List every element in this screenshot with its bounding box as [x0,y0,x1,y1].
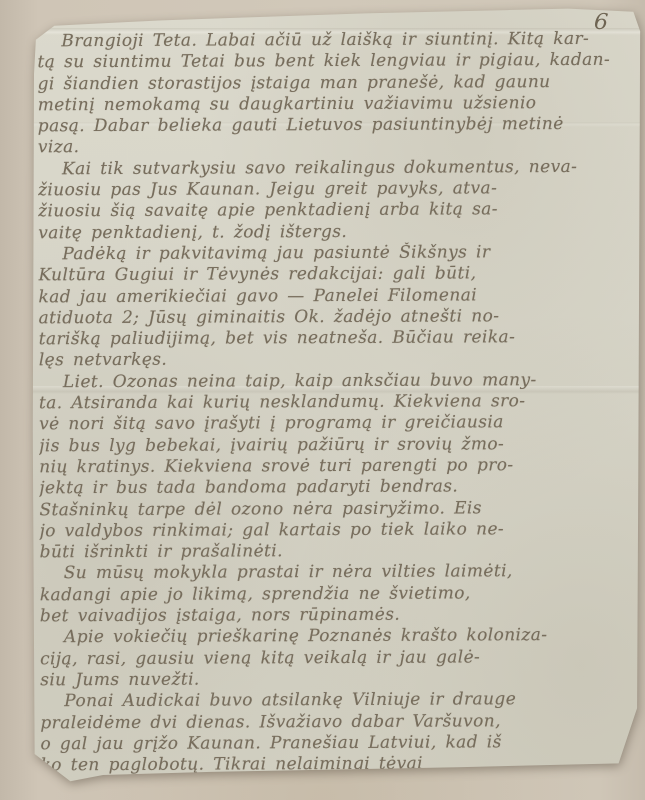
letter-line: siu Jums nuvežti. [40,668,632,692]
letter-line: praleidėme dvi dienas. Išvažiavo dabar V… [40,710,632,734]
letter-line: jis bus lyg bebekai, įvairių pažiūrų ir … [39,433,631,457]
letter-line: Brangioji Teta. Labai ačiū už laišką ir … [37,29,629,53]
letter-line: nių kratinys. Kiekviena srovė turi paren… [39,455,631,479]
letter-page-wrapper: 6 Brangioji Teta. Labai ačiū už laišką i… [26,4,642,782]
letter-line: vė nori šitą savo įrašyti į programą ir … [39,412,631,436]
letter-line: bet vaivadijos įstaiga, nors rūpinamės. [40,604,632,628]
letter-paragraph: Ponai Audickai buvo atsilankę Vilniuje i… [40,689,632,777]
scan-background: { "letter": { "page_number": "6", "ink_c… [0,0,645,800]
letter-line: žiuosiu pas Jus Kaunan. Jeigu greit pavy… [38,178,630,202]
letter-line: metinį nemokamą su daugkartiniu važiavim… [38,93,630,117]
letter-line: viza. [38,135,630,159]
letter-line: tarišką paliudijimą, bet vis neatneša. B… [39,327,631,351]
letter-page: 6 Brangioji Teta. Labai ačiū už laišką i… [26,4,642,782]
letter-line: Ponai Audickai buvo atsilankę Vilniuje i… [40,689,632,713]
letter-paragraph: Liet. Ozonas neina taip, kaip anksčiau b… [39,369,632,563]
letter-paragraph: Su mūsų mokykla prastai ir nėra vilties … [40,561,632,627]
letter-line: kadangi apie jo likimą, sprendžia ne švi… [40,582,632,606]
letter-line: Stašninkų tarpe dėl ozono nėra pasiryžim… [39,497,631,521]
letter-line: Kai tik sutvarkysiu savo reikalingus dok… [38,156,630,180]
letter-line: ciją, rasi, gausiu vieną kitą veikalą ir… [40,646,632,670]
letter-line: jektą ir bus tada bandoma padaryti bendr… [39,476,631,500]
letter-line: Padėką ir pakvitavimą jau pasiuntė Šikšn… [38,242,630,266]
letter-line: vaitę penktadienį, t. žodį ištergs. [38,220,630,244]
letter-line: žiuosiu šią savaitę apie penktadienį arb… [38,199,630,223]
letter-line: lęs netvarkęs. [39,348,631,372]
letter-line: Liet. Ozonas neina taip, kaip anksčiau b… [39,369,631,393]
letter-line: gi šiandien storastijos įstaiga man pran… [38,71,630,95]
letter-line: tą su siuntimu Tetai bus bent kiek lengv… [37,50,629,74]
letter-line: Su mūsų mokykla prastai ir nėra vilties … [40,561,632,585]
letter-line: būti išrinkti ir prašalinėti. [40,540,632,564]
letter-line: Kultūra Gugiui ir Tėvynės redakcijai: ga… [38,263,630,287]
letter-line: jo valdybos rinkimai; gal kartais po tie… [39,519,631,543]
letter-line: kad jau amerikiečiai gavo — Panelei Filo… [38,284,630,308]
letter-line: pasą. Dabar belieka gauti Lietuvos pasiu… [38,114,630,138]
letter-paragraph: Kai tik sutvarkysiu savo reikalingus dok… [38,156,630,244]
letter-line: o gal jau grįžo Kaunan. Pranešiau Latviu… [40,732,632,756]
letter-paragraph: Brangioji Teta. Labai ačiū už laišką ir … [37,29,630,159]
letter-paragraph: Apie vokiečių prieškarinę Poznanės krašt… [40,625,632,691]
letter-paragraph: Padėką ir pakvitavimą jau pasiuntė Šikšn… [38,242,631,372]
letter-line: ko ten paglobotų. Tikrai nelaimingi tėva… [41,753,633,777]
letter-line: Apie vokiečių prieškarinę Poznanės krašt… [40,625,632,649]
letter-line: atiduota 2; Jūsų giminaitis Ok. žadėjo a… [39,306,631,330]
letter-body: Brangioji Teta. Labai ačiū už laišką ir … [37,29,632,784]
letter-line: ta. Atsiranda kai kurių nesklandumų. Kie… [39,391,631,415]
